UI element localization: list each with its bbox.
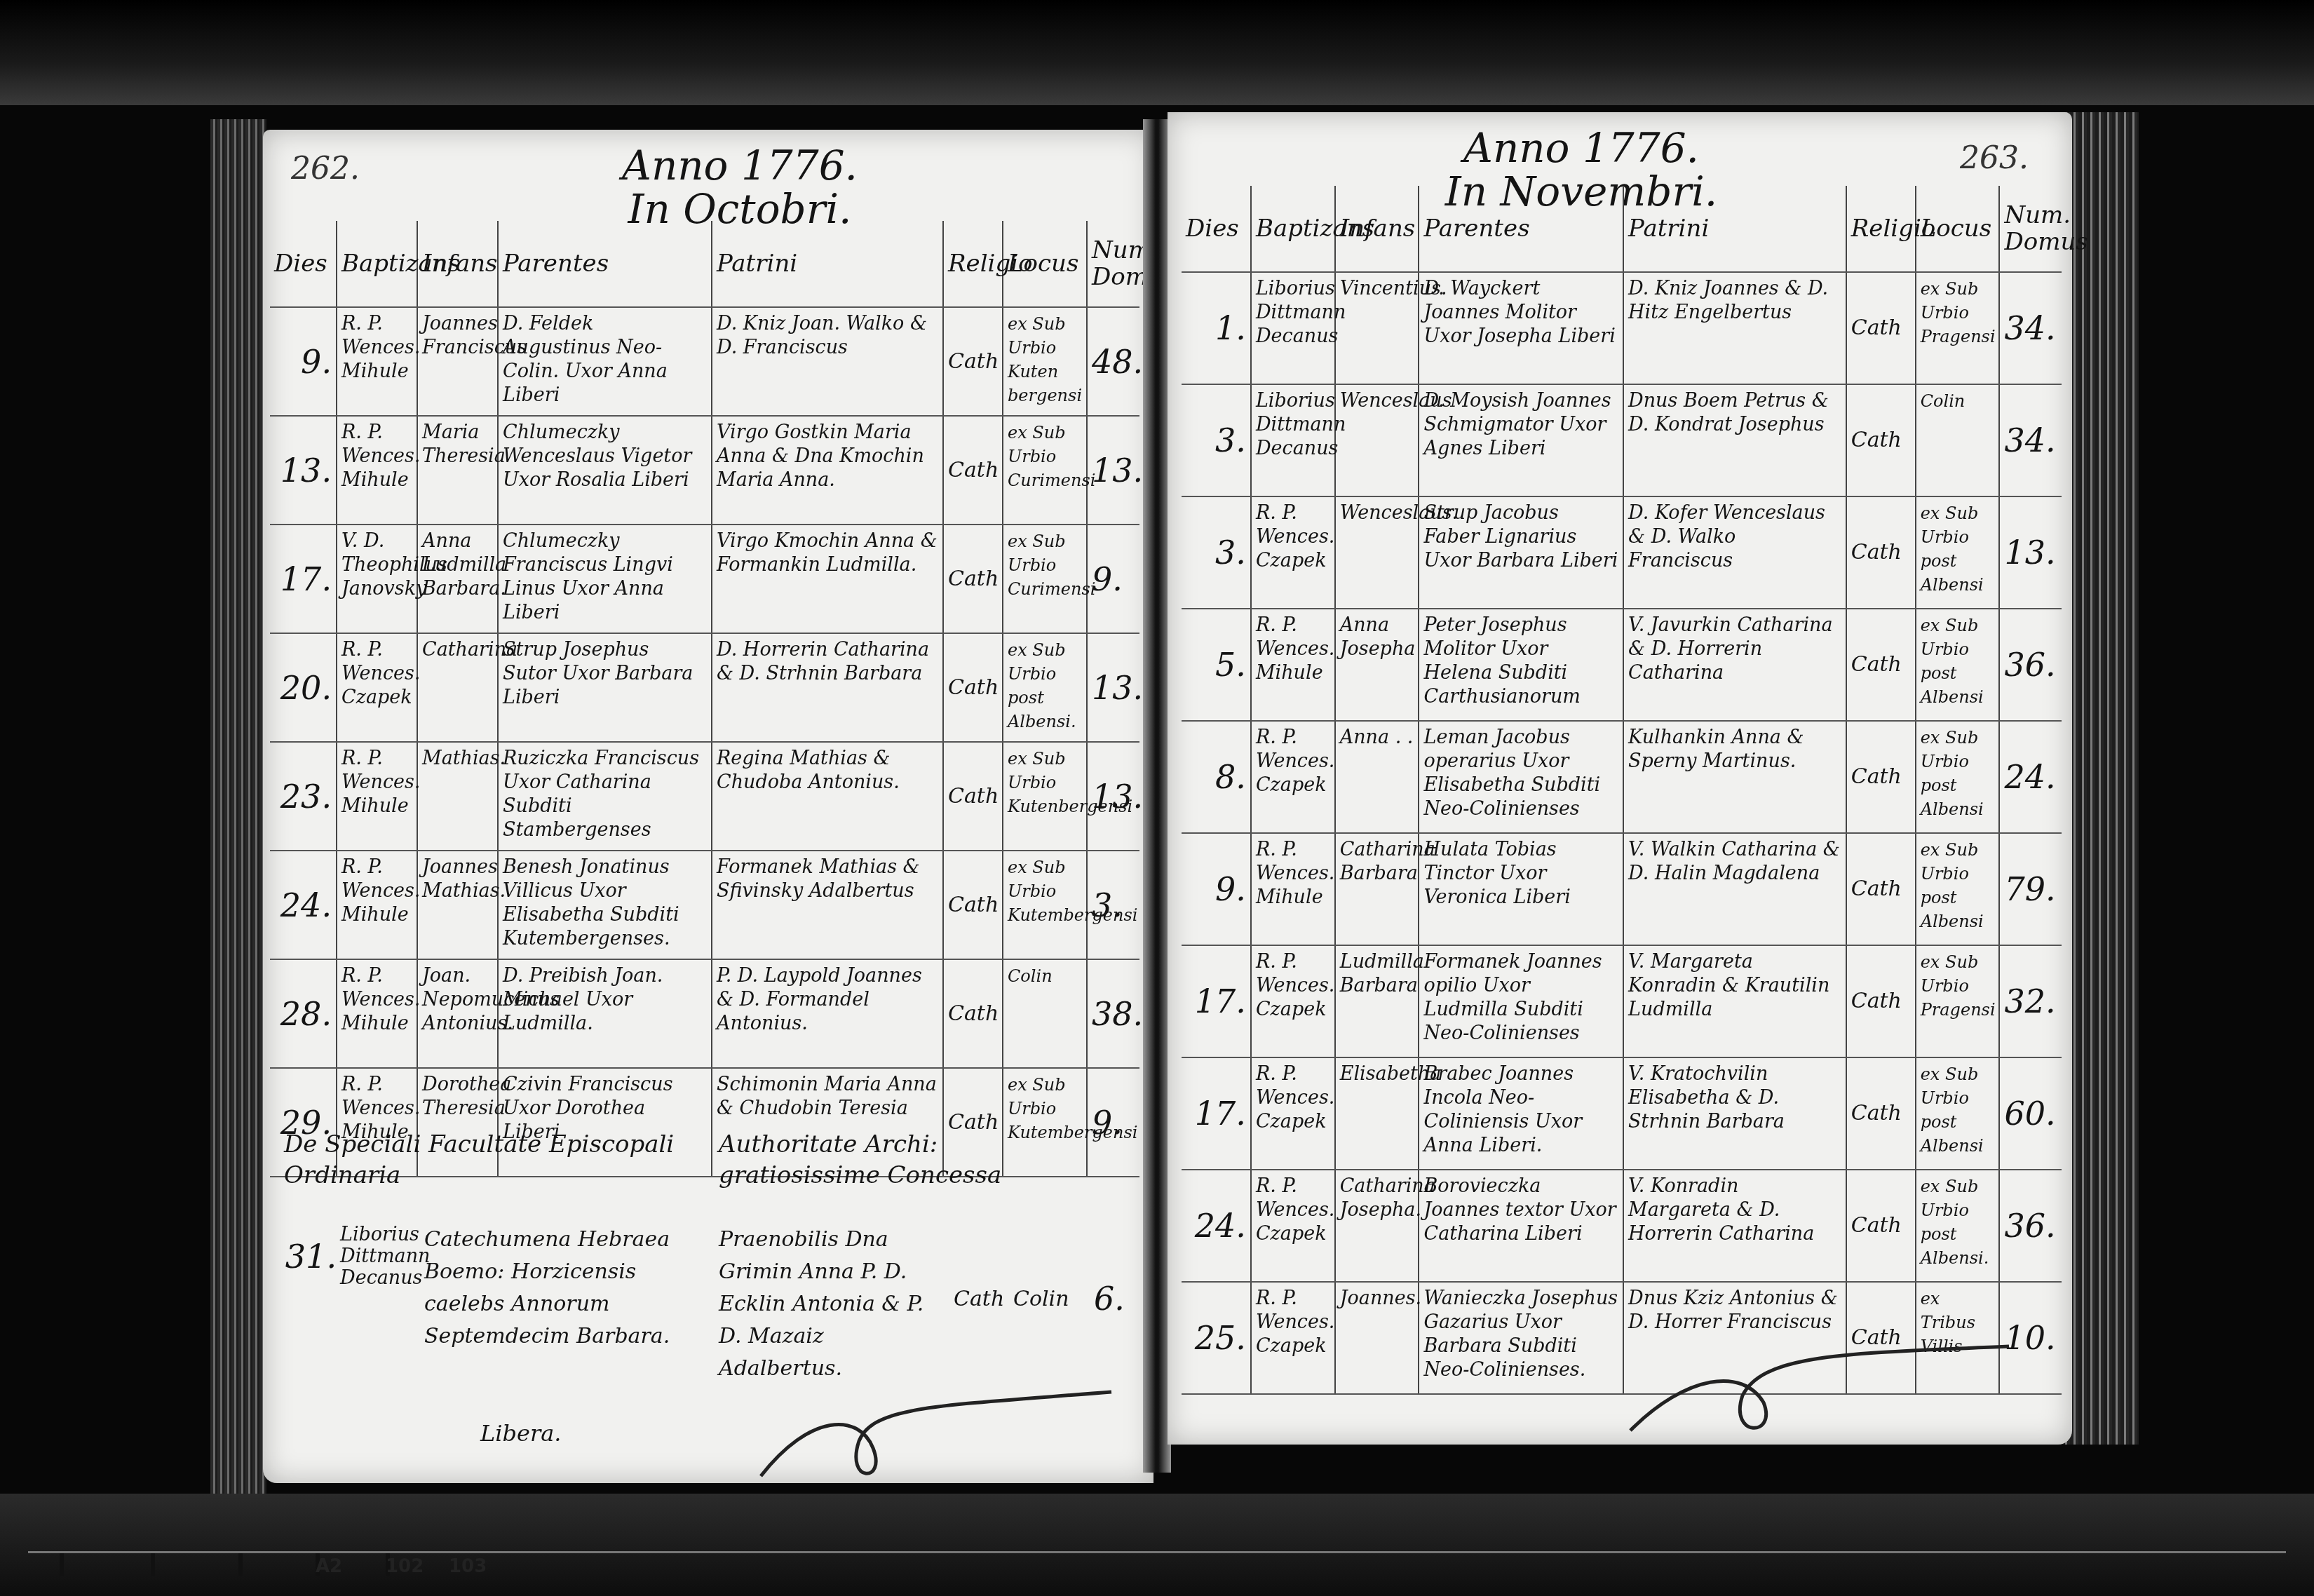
register-entry-row: 17.V. D. Theophilus JanovskyAnna Ludmill… xyxy=(270,525,1139,633)
entry-day: 23. xyxy=(270,742,337,851)
page-title: Anno 1776. In Octobri. xyxy=(529,144,950,231)
entry-baptizans: V. D. Theophilus Janovsky xyxy=(337,525,417,633)
register-entry-row: 17.R. P. Wences. CzapekElisabethaBrabec … xyxy=(1182,1057,2062,1170)
register-entry-row: 13.R. P. Wences. MihuleMaria TheresiaChl… xyxy=(270,416,1139,525)
entry-patrini: D. Horrerin Catharina & D. Strhnin Barba… xyxy=(712,633,943,742)
entry-locus: ex Sub Urbio post Albensi xyxy=(1916,833,2000,945)
entry-infans: Anna Josepha xyxy=(1335,609,1419,721)
entry-locus: ex Sub Urbio post Albensi xyxy=(1916,721,2000,833)
column-header: Baptizans xyxy=(337,221,417,307)
entry-baptizans: R. P. Wences. Mihule xyxy=(337,416,417,525)
entry-locus: ex Sub Urbio Pragensi xyxy=(1916,945,2000,1057)
register-entry-row: 20.R. P. Wences. CzapekCatharinaStrup Jo… xyxy=(270,633,1139,742)
entry-baptizans: R. P. Wences. Czapek xyxy=(1251,1057,1335,1170)
entry-religio: Cath xyxy=(943,633,1003,742)
entry-baptizans: Liborius Dittmann Decanus xyxy=(340,1224,421,1289)
entry-parentes: Wanieczka Josephus Gazarius Uxor Barbara… xyxy=(1419,1282,1623,1394)
entry-religio: Cath xyxy=(943,959,1003,1068)
column-header: Baptizans xyxy=(1251,186,1335,272)
entry-infans: Catharina Barbara xyxy=(1335,833,1419,945)
entry-parentes: Chlumeczky Wenceslaus Vigetor Uxor Rosal… xyxy=(498,416,712,525)
title-year: Anno 1776. xyxy=(529,144,950,187)
register-entry-row: 3.Liborius Dittmann DecanusWenceslausD. … xyxy=(1182,384,2062,496)
entry-locus: ex Sub Urbio post Albensi xyxy=(1916,496,2000,609)
entry-baptizans: R. P. Wences. Czapek xyxy=(1251,1282,1335,1394)
flourish-mark xyxy=(1623,1339,2016,1438)
entry-baptizans: R. P. Wences. Czapek xyxy=(1251,721,1335,833)
left-page: 262. Anno 1776. In Octobri. DiesBaptizan… xyxy=(263,130,1153,1483)
entry-domus: 34. xyxy=(1999,272,2062,384)
entry-baptizans: R. P. Wences. Mihule xyxy=(1251,833,1335,945)
entry-infans: Elisabetha xyxy=(1335,1057,1419,1170)
book-gutter xyxy=(1143,119,1171,1473)
register-entry-row: 3.R. P. Wences. CzapekWenceslaus.Strup J… xyxy=(1182,496,2062,609)
entry-baptizans: R. P. Wences. Mihule xyxy=(337,307,417,416)
entry-parentes: Borovieczka Joannes textor Uxor Catharin… xyxy=(1419,1170,1623,1282)
entry-domus: 13. xyxy=(1087,633,1139,742)
entry-day: 24. xyxy=(270,851,337,959)
entry-day: 17. xyxy=(1182,1057,1251,1170)
entry-day: 17. xyxy=(270,525,337,633)
entry-locus: ex Sub Urbio post Albensi. xyxy=(1916,1170,2000,1282)
entry-religio: Cath xyxy=(1846,833,1916,945)
entry-domus: 48. xyxy=(1087,307,1139,416)
entry-religio: Cath xyxy=(943,525,1003,633)
entry-domus: 38. xyxy=(1087,959,1139,1068)
ruler-tick xyxy=(238,1553,243,1576)
entry-infans: Anna . . xyxy=(1335,721,1419,833)
entry-domus: 34. xyxy=(1999,384,2062,496)
entry-day: 28. xyxy=(270,959,337,1068)
entry-infans: Catharina xyxy=(417,633,498,742)
entry-baptizans: Liborius Dittmann Decanus xyxy=(1251,384,1335,496)
entry-day: 25. xyxy=(1182,1282,1251,1394)
register-entry-row: 5.R. P. Wences. MihuleAnna JosephaPeter … xyxy=(1182,609,2062,721)
entry-day: 13. xyxy=(270,416,337,525)
register-entry-row: 8.R. P. Wences. CzapekAnna . .Leman Jaco… xyxy=(1182,721,2062,833)
entry-domus: 36. xyxy=(1999,1170,2062,1282)
entry-locus: ex Sub Urbio post Albensi. xyxy=(1003,633,1087,742)
film-frame-top xyxy=(0,0,2314,105)
entry-baptizans: R. P. Wences. Mihule xyxy=(1251,609,1335,721)
ruler-tick xyxy=(60,1553,64,1576)
entry-baptizans: R. P. Wences. Mihule xyxy=(337,959,417,1068)
entry-religio: Cath xyxy=(1846,609,1916,721)
ruler-tick xyxy=(151,1553,155,1576)
register-table: DiesBaptizansInfansParentesPatriniReligi… xyxy=(1182,186,2062,1395)
column-header: Religio xyxy=(943,221,1003,307)
entry-infans: Ludmilla Barbara xyxy=(1335,945,1419,1057)
entry-religio: Cath xyxy=(943,742,1003,851)
entry-domus: 24. xyxy=(1999,721,2062,833)
entry-patrini: Praenobilis Dna Grimin Anna P. D. Ecklin… xyxy=(719,1224,950,1385)
entry-domus: 13. xyxy=(1087,742,1139,851)
entry-parentes: Peter Josephus Molitor Uxor Helena Subdi… xyxy=(1419,609,1623,721)
entry-day: 9. xyxy=(270,307,337,416)
column-header: Religio xyxy=(1846,186,1916,272)
entry-day: 3. xyxy=(1182,384,1251,496)
scale-ruler: A2102103 xyxy=(28,1551,2286,1581)
entry-baptizans: R. P. Wences. Czapek xyxy=(337,633,417,742)
ruler-label: A2 xyxy=(316,1556,342,1577)
entry-locus: ex Sub Urbio Kutembergensi xyxy=(1003,851,1087,959)
column-header: Infans xyxy=(417,221,498,307)
entry-religio: Cath xyxy=(1846,272,1916,384)
entry-patrini: Formanek Mathias & Sfivinsky Adalbertus xyxy=(712,851,943,959)
entry-religio: Cath xyxy=(1846,384,1916,496)
entry-locus: Colin xyxy=(1916,384,2000,496)
book-edge-left xyxy=(210,119,266,1494)
entry-day: 31. xyxy=(270,1238,337,1276)
register-entry-row: 24.R. P. Wences. MihuleJoannes Mathias.B… xyxy=(270,851,1139,959)
entry-parentes: Benesh Jonatinus Villicus Uxor Elisabeth… xyxy=(498,851,712,959)
entry-baptizans: Liborius Dittmann Decanus xyxy=(1251,272,1335,384)
column-header: Patrini xyxy=(712,221,943,307)
register-table: DiesBaptizansInfansParentesPatriniReligi… xyxy=(270,221,1139,1177)
entry-patrini: V. Konradin Margareta & D. Horrerin Cath… xyxy=(1623,1170,1846,1282)
entry-parentes: Chlumeczky Franciscus Lingvi Linus Uxor … xyxy=(498,525,712,633)
entry-parentes: D. Preibish Joan. Michael Uxor Ludmilla. xyxy=(498,959,712,1068)
entry-baptizans: R. P. Wences. Czapek xyxy=(1251,496,1335,609)
entry-domus: 13. xyxy=(1999,496,2062,609)
entry-day: 3. xyxy=(1182,496,1251,609)
entry-infans: Mathias. xyxy=(417,742,498,851)
entry-parentes: D. Moysish Joannes Schmigmator Uxor Agne… xyxy=(1419,384,1623,496)
entry-day: 5. xyxy=(1182,609,1251,721)
entry-domus: 60. xyxy=(1999,1057,2062,1170)
column-header: Dies xyxy=(1182,186,1251,272)
entry-domus: 9. xyxy=(1087,525,1139,633)
register-entry-row: 23.R. P. Wences. MihuleMathias.Ruziczka … xyxy=(270,742,1139,851)
entry-infans: Catechumena Hebraea Boemo: Horzicensis c… xyxy=(424,1224,719,1353)
entry-locus: ex Sub Urbio post Albensi xyxy=(1916,1057,2000,1170)
entry-patrini: V. Walkin Catharina & D. Halin Magdalena xyxy=(1623,833,1846,945)
entry-religio: Cath xyxy=(1846,721,1916,833)
entry-religio: Cath xyxy=(1846,945,1916,1057)
entry-religio: Cath xyxy=(1846,1057,1916,1170)
register-entry-row: 28.R. P. Wences. MihuleJoan. Nepomucenus… xyxy=(270,959,1139,1068)
entry-domus: 36. xyxy=(1999,609,2062,721)
entry-parentes: Leman Jacobus operarius Uxor Elisabetha … xyxy=(1419,721,1623,833)
column-header: Locus xyxy=(1916,186,2000,272)
column-header: Locus xyxy=(1003,221,1087,307)
entry-parentes: Strup Josephus Sutor Uxor Barbara Liberi xyxy=(498,633,712,742)
infans-status: Libera. xyxy=(480,1420,561,1447)
ruler-label: 102 xyxy=(386,1556,424,1577)
entry-infans: Joannes. xyxy=(1335,1282,1419,1394)
right-page: 263. Anno 1776. In Novembri. DiesBaptiza… xyxy=(1168,112,2072,1445)
ruler-label: 103 xyxy=(449,1556,487,1577)
entry-baptizans: R. P. Wences. Mihule xyxy=(337,851,417,959)
entry-day: 9. xyxy=(1182,833,1251,945)
entry-religio: Cath xyxy=(1846,1170,1916,1282)
special-note-concessa: Authoritate Archi: gratiosissime Concess… xyxy=(719,1129,1020,1191)
entry-religio: Cath xyxy=(1846,496,1916,609)
book-edge-right xyxy=(2062,112,2139,1445)
entry-parentes: Brabec Joannes Incola Neo-Coliniensis Ux… xyxy=(1419,1057,1623,1170)
page-number: 263. xyxy=(1960,140,2029,176)
entry-parentes: Ruziczka Franciscus Uxor Catharina Subdi… xyxy=(498,742,712,851)
column-header: Dies xyxy=(270,221,337,307)
register-entry-row: 9.R. P. Wences. MihuleCatharina BarbaraH… xyxy=(1182,833,2062,945)
entry-locus: ex Sub Urbio Kutenbergensi xyxy=(1003,742,1087,851)
entry-religio: Cath xyxy=(954,1287,1010,1311)
entry-locus: Colin xyxy=(1013,1287,1090,1311)
entry-domus: 32. xyxy=(1999,945,2062,1057)
entry-day: 20. xyxy=(270,633,337,742)
page-number: 262. xyxy=(291,151,360,187)
special-note: De Speciali Facultate Episcopali Ordinar… xyxy=(284,1129,789,1191)
entry-locus: ex Sub Urbio Kuten bergensi xyxy=(1003,307,1087,416)
entry-infans: Anna Ludmilla Barbara. xyxy=(417,525,498,633)
entry-baptizans: R. P. Wences. Mihule xyxy=(337,742,417,851)
entry-baptizans: R. P. Wences. Czapek xyxy=(1251,945,1335,1057)
entry-locus: ex Sub Urbio Curimensi xyxy=(1003,525,1087,633)
entry-patrini: Dnus Boem Petrus & D. Kondrat Josephus xyxy=(1623,384,1846,496)
entry-patrini: Virgo Kmochin Anna & Formankin Ludmilla. xyxy=(712,525,943,633)
register-entry-row: 17.R. P. Wences. CzapekLudmilla BarbaraF… xyxy=(1182,945,2062,1057)
entry-infans: Catharina Josepha. xyxy=(1335,1170,1419,1282)
entry-patrini: Kulhankin Anna & Sperny Martinus. xyxy=(1623,721,1846,833)
entry-domus: 79. xyxy=(1999,833,2062,945)
entry-patrini: Virgo Gostkin Maria Anna & Dna Kmochin M… xyxy=(712,416,943,525)
entry-infans: Joannes Franciscus xyxy=(417,307,498,416)
entry-day: 24. xyxy=(1182,1170,1251,1282)
entry-patrini: V. Margareta Konradin & Krautilin Ludmil… xyxy=(1623,945,1846,1057)
register-entry-row: 1.Liborius Dittmann DecanusVincentius.D.… xyxy=(1182,272,2062,384)
entry-religio: Cath xyxy=(943,416,1003,525)
entry-parentes: D. Feldek Augustinus Neo-Colin. Uxor Ann… xyxy=(498,307,712,416)
entry-locus: Colin xyxy=(1003,959,1087,1068)
entry-locus: ex Sub Urbio post Albensi xyxy=(1916,609,2000,721)
entry-day: 8. xyxy=(1182,721,1251,833)
entry-day: 1. xyxy=(1182,272,1251,384)
title-year: Anno 1776. xyxy=(1378,126,1785,170)
entry-religio: Cath xyxy=(943,851,1003,959)
column-header: Num. Domus xyxy=(1999,186,2062,272)
entry-patrini: D. Kniz Joan. Walko & D. Franciscus xyxy=(712,307,943,416)
entry-infans: Wenceslaus xyxy=(1335,384,1419,496)
column-header: Patrini xyxy=(1623,186,1846,272)
column-header: Parentes xyxy=(498,221,712,307)
column-header: Infans xyxy=(1335,186,1419,272)
entry-patrini: D. Kofer Wenceslaus & D. Walko Franciscu… xyxy=(1623,496,1846,609)
entry-patrini: Regina Mathias & Chudoba Antonius. xyxy=(712,742,943,851)
entry-patrini: V. Javurkin Catharina & D. Horrerin Cath… xyxy=(1623,609,1846,721)
entry-parentes: Strup Jacobus Faber Lignarius Uxor Barba… xyxy=(1419,496,1623,609)
entry-locus: ex Sub Urbio Pragensi xyxy=(1916,272,2000,384)
entry-patrini: V. Kratochvilin Elisabetha & D. Strhnin … xyxy=(1623,1057,1846,1170)
entry-domus: 13. xyxy=(1087,416,1139,525)
entry-domus: 6. xyxy=(1094,1280,1143,1318)
entry-infans: Maria Theresia xyxy=(417,416,498,525)
entry-infans: Joan. Nepomucenus Antonius. xyxy=(417,959,498,1068)
entry-day: 17. xyxy=(1182,945,1251,1057)
flourish-mark xyxy=(754,1385,1118,1483)
entry-infans: Wenceslaus. xyxy=(1335,496,1419,609)
register-entry-row: 9.R. P. Wences. MihuleJoannes Franciscus… xyxy=(270,307,1139,416)
entry-religio: Cath xyxy=(943,307,1003,416)
entry-baptizans: R. P. Wences. Czapek xyxy=(1251,1170,1335,1282)
entry-patrini: P. D. Laypold Joannes & D. Formandel Ant… xyxy=(712,959,943,1068)
entry-patrini: D. Kniz Joannes & D. Hitz Engelbertus xyxy=(1623,272,1846,384)
entry-locus: ex Sub Urbio Curimensi xyxy=(1003,416,1087,525)
entry-infans: Joannes Mathias. xyxy=(417,851,498,959)
register-entry-row: 24.R. P. Wences. CzapekCatharina Josepha… xyxy=(1182,1170,2062,1282)
column-header: Num. Dom. xyxy=(1087,221,1139,307)
column-header: Parentes xyxy=(1419,186,1623,272)
entry-parentes: D. Wayckert Joannes Molitor Uxor Josepha… xyxy=(1419,272,1623,384)
entry-parentes: Hulata Tobias Tinctor Uxor Veronica Libe… xyxy=(1419,833,1623,945)
entry-infans: Vincentius. xyxy=(1335,272,1419,384)
entry-parentes: Formanek Joannes opilio Uxor Ludmilla Su… xyxy=(1419,945,1623,1057)
